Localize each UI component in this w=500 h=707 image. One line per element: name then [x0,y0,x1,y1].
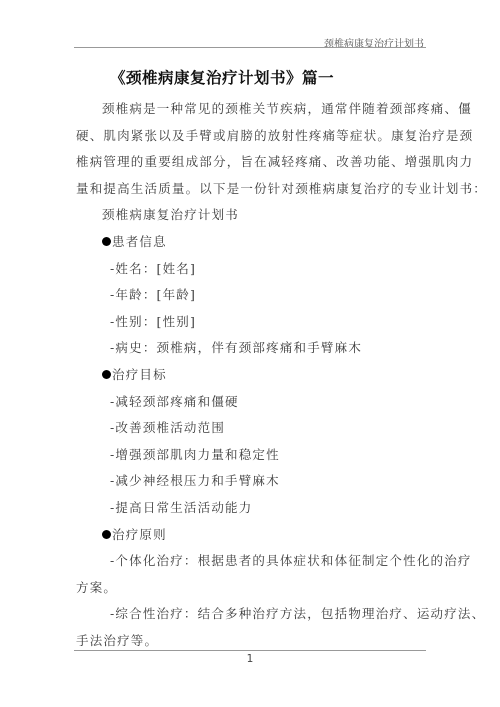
bullet-icon [102,237,111,246]
list-item: -病史：颈椎病，伴有颈部疼痛和手臂麻木 [76,335,426,362]
list-item: -个体化治疗：根据患者的具体症状和体征制定个性化的治疗 [76,548,426,575]
footer-divider [74,650,426,651]
document-title: 《颈椎病康复治疗计划书》篇一 [110,66,334,88]
intro-line: 颈椎病是一种常见的颈椎关节疾病，通常伴随着颈部疼痛、僵 [76,96,426,123]
list-item: -性别：[性别] [76,309,426,336]
page-number: 1 [0,653,500,665]
bullet-icon [102,370,111,379]
header-divider [74,47,426,48]
list-item: -增强颈部肌肉力量和稳定性 [76,442,426,469]
list-item: -姓名：[姓名] [76,256,426,283]
list-item: -年龄：[年龄] [76,282,426,309]
section-heading-patient-info: 患者信息 [76,229,426,256]
list-item: -综合性治疗：结合多种治疗方法，包括物理治疗、运动疗法、 [76,601,426,628]
list-item: -改善颈椎活动范围 [76,415,426,442]
intro-line: 硬、肌肉紧张以及手臂或肩膀的放射性疼痛等症状。康复治疗是颈 [76,123,426,150]
list-item: -提高日常生活活动能力 [76,495,426,522]
section-heading-principles: 治疗原则 [76,522,426,549]
list-item: -减轻颈部疼痛和僵硬 [76,389,426,416]
intro-line: 量和提高生活质量。以下是一份针对颈椎病康复治疗的专业计划书： [76,176,426,203]
plan-heading: 颈椎病康复治疗计划书 [76,202,426,229]
list-item-continuation: 方案。 [76,575,426,602]
section-heading-goals: 治疗目标 [76,362,426,389]
intro-line: 椎病管理的重要组成部分，旨在减轻疼痛、改善功能、增强肌肉力 [76,149,426,176]
document-body: 颈椎病是一种常见的颈椎关节疾病，通常伴随着颈部疼痛、僵 硬、肌肉紧张以及手臂或肩… [76,96,426,654]
list-item: -减少神经根压力和手臂麻木 [76,468,426,495]
bullet-icon [102,530,111,539]
